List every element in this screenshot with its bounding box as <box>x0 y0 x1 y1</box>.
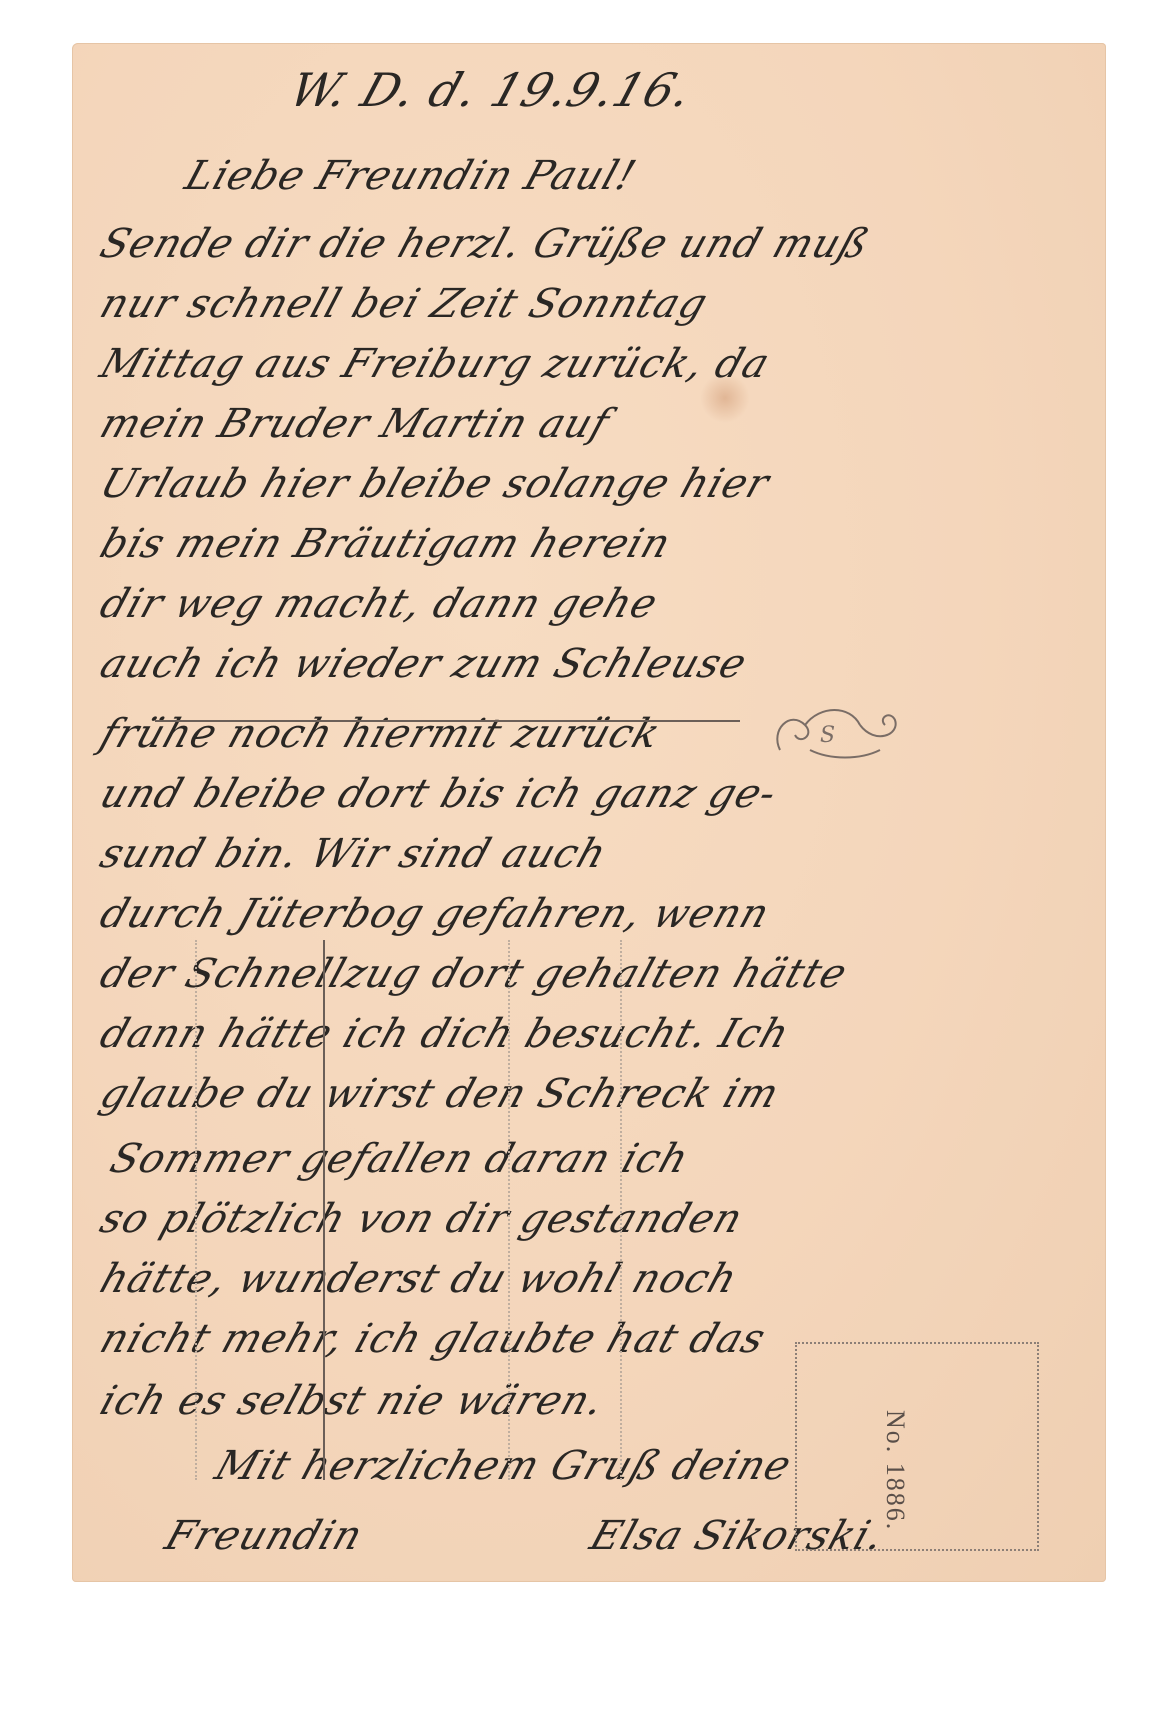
closing: Mit herzlichem Gruß deine <box>210 1443 798 1489</box>
ornament-icon: S <box>760 690 920 770</box>
body-line: Mittag aus Freiburg zurück, da <box>95 341 776 387</box>
body-line: dir weg macht, dann gehe <box>95 581 664 627</box>
body-line: bis mein Bräutigam herein <box>95 521 677 567</box>
body-line: ich es selbst nie wären. <box>95 1378 611 1424</box>
body-line: Sommer gefallen daran ich <box>105 1136 695 1182</box>
body-line: auch ich wieder zum Schleuse <box>95 641 753 687</box>
body-line: Sende dir die herzl. Grüße und muß <box>95 221 876 267</box>
body-line: sund bin. Wir sind auch <box>95 831 613 877</box>
body-line: glaube du wirst den Schreck im <box>95 1071 786 1117</box>
body-line: der Schnellzug dort gehalten hätte <box>95 951 854 997</box>
body-line: hätte, wunderst du wohl noch <box>95 1256 744 1302</box>
body-line: nur schnell bei Zeit Sonntag <box>95 281 714 327</box>
body-line: Urlaub hier bleibe solange hier <box>95 461 776 507</box>
address-guide-dotted <box>620 940 622 1480</box>
svg-text:S: S <box>820 723 835 748</box>
body-line: so plötzlich von dir gestanden <box>95 1196 749 1242</box>
stamp-placement-box <box>795 1342 1039 1551</box>
date-header: W. D. d. 19.9.16. <box>283 63 699 117</box>
address-guide-dotted <box>508 940 510 1480</box>
address-guide-dotted <box>195 940 197 1480</box>
body-line: durch Jüterbog gefahren, wenn <box>95 891 776 937</box>
printed-divider-horizontal <box>155 720 740 722</box>
signature-prefix: Freundin <box>160 1513 369 1559</box>
body-line: und bleibe dort bis ich ganz ge- <box>95 771 783 817</box>
printed-divider-vertical <box>323 940 325 1480</box>
body-line: frühe noch hiermit zurück <box>95 711 667 757</box>
body-line: dann hätte ich dich besucht. Ich <box>95 1011 796 1057</box>
printed-card-number: No. 1886. <box>880 1410 910 1531</box>
body-line: mein Bruder Martin auf <box>95 401 616 447</box>
salutation: Liebe Freundin Paul! <box>180 153 643 199</box>
